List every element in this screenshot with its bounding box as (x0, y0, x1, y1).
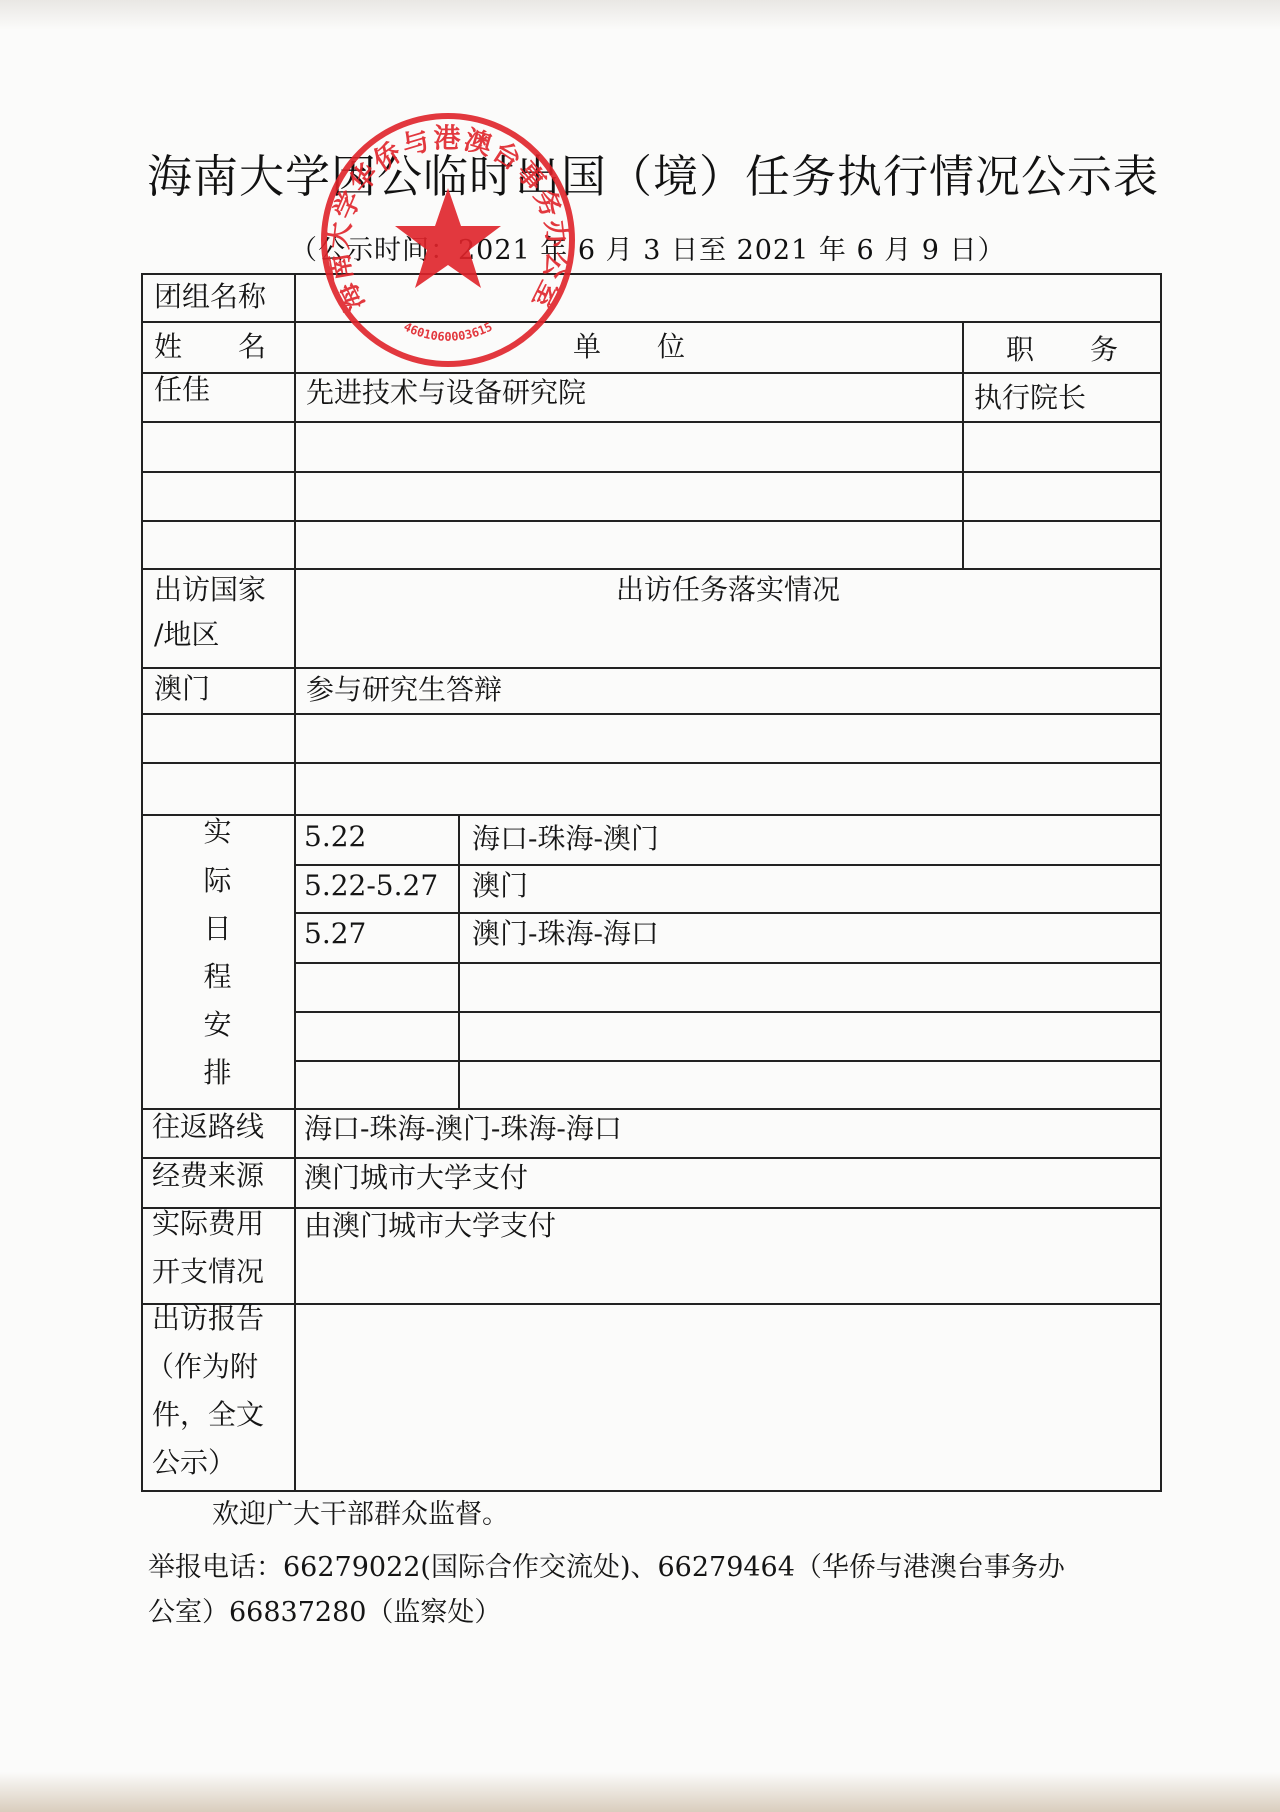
schedule-place: 海口-珠海-澳门 (472, 815, 659, 863)
report-label-line: 件，全文 (152, 1391, 264, 1439)
member-unit: 先进技术与设备研究院 (306, 369, 586, 417)
hotline-line-2: 公室）66837280（监察处） (148, 1590, 501, 1629)
tasks-header-country-line2: /地区 (154, 611, 219, 659)
group-name-label: 团组名称 (154, 273, 266, 321)
row-line (141, 520, 1162, 522)
schedule-label-char: 实 (141, 808, 294, 856)
schedule-label-char: 安 (141, 1001, 294, 1049)
row-line (141, 471, 1162, 473)
expenses-label-line2: 开支情况 (152, 1248, 264, 1296)
column-divider-label (294, 273, 296, 1491)
expenses-label-line1: 实际费用 (152, 1200, 264, 1248)
row-line (294, 962, 1162, 964)
schedule-date: 5.22 (304, 813, 366, 861)
tasks-header-country-line1: 出访国家 (154, 566, 266, 614)
task-country: 澳门 (154, 665, 210, 713)
route-value: 海口-珠海-澳门-珠海-海口 (304, 1105, 622, 1153)
table-border-right (1160, 273, 1162, 1491)
row-line (141, 273, 1162, 275)
funding-value: 澳门城市大学支付 (304, 1154, 528, 1202)
member-name: 任佳 (154, 366, 210, 414)
column-divider-schedule (458, 814, 460, 1108)
members-header-position: 职 务 (964, 326, 1160, 374)
row-line (294, 1060, 1162, 1062)
hotline-line-1: 举报电话：66279022(国际合作交流处)、66279464（华侨与港澳台事务… (148, 1545, 1065, 1584)
row-line (294, 912, 1162, 914)
members-header-name: 姓 名 (154, 323, 284, 371)
schedule-place: 澳门-珠海-海口 (472, 910, 659, 958)
row-line (141, 667, 1162, 669)
funding-label: 经费来源 (152, 1152, 264, 1200)
schedule-label-char: 程 (141, 953, 294, 1001)
expenses-value: 由澳门城市大学支付 (304, 1202, 556, 1250)
row-line (141, 1108, 1162, 1110)
task-status: 参与研究生答辩 (306, 666, 502, 714)
tasks-header-status: 出访任务落实情况 (296, 566, 1160, 614)
report-label-line: （作为附 (146, 1343, 258, 1391)
report-label-line: 公示） (152, 1439, 236, 1487)
schedule-date: 5.22-5.27 (304, 862, 438, 910)
schedule-place: 澳门 (472, 862, 528, 910)
route-label: 往返路线 (152, 1103, 264, 1151)
schedule-date: 5.27 (304, 910, 366, 958)
row-line (141, 1303, 1162, 1305)
schedule-label-char: 排 (141, 1049, 294, 1097)
report-label-line: 出访报告 (152, 1295, 264, 1343)
row-line (141, 713, 1162, 715)
row-line (141, 762, 1162, 764)
row-line (141, 1207, 1162, 1209)
supervision-note: 欢迎广大干部群众监督。 (212, 1492, 509, 1531)
row-line (294, 1011, 1162, 1013)
row-line (141, 1157, 1162, 1159)
members-header-unit: 单 位 (296, 323, 962, 371)
schedule-label-char: 日 (141, 905, 294, 953)
schedule-label-char: 际 (141, 857, 294, 905)
member-position: 执行院长 (974, 374, 1086, 422)
